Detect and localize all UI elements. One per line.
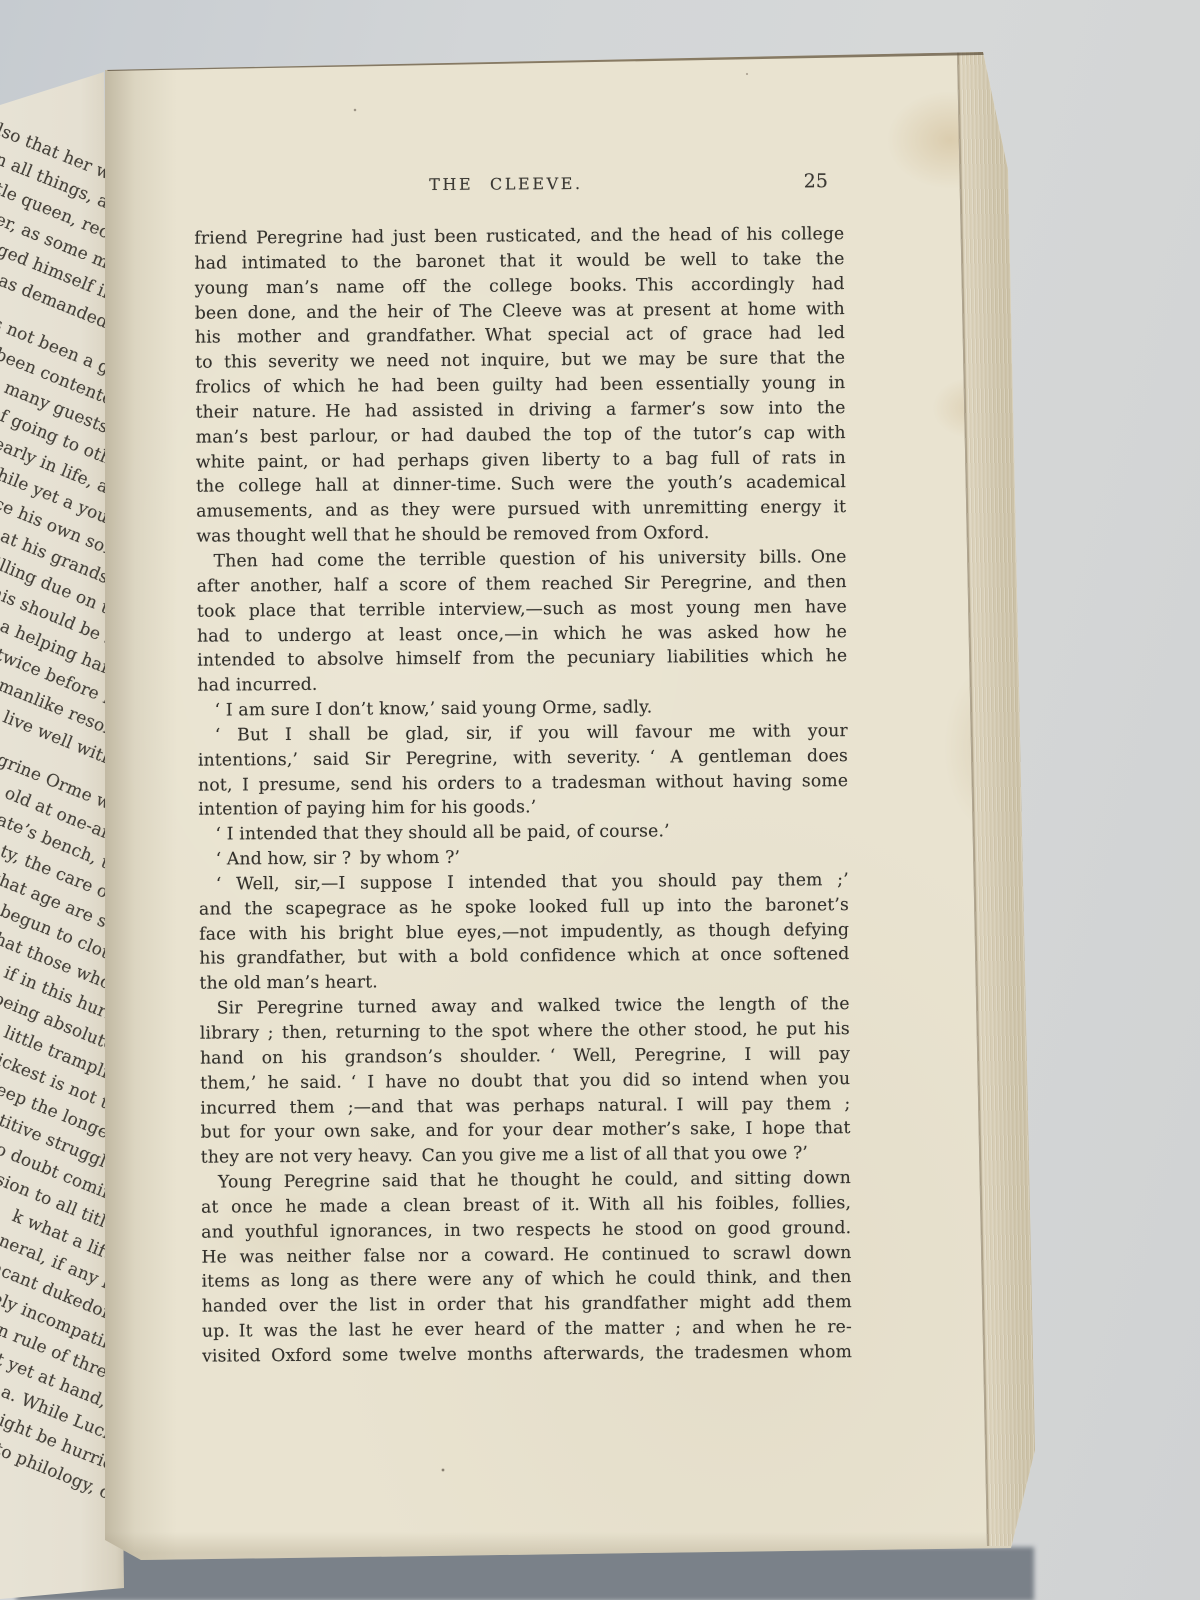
body-line: not, I presume, send his orders to a tra… <box>198 769 848 798</box>
page-content: THE CLEEVE. 25 friend Peregrine had just… <box>105 45 1052 1565</box>
running-title: THE CLEEVE. <box>194 172 818 195</box>
page-header: THE CLEEVE. 25 <box>194 172 844 207</box>
page-number: 25 <box>804 170 828 192</box>
body-line: young man’s name off the college books. … <box>195 272 845 301</box>
body-line: took place that terrible interview,—such… <box>197 595 847 624</box>
body-line: visited Oxford some twelve months afterw… <box>202 1340 852 1369</box>
body-line: amusements, and as they were pursued wit… <box>196 495 846 524</box>
book-page: THE CLEEVE. 25 friend Peregrine had just… <box>105 48 1041 1562</box>
photo-background: { "colors": { "background": "#d3d6d7", "… <box>0 0 1200 1600</box>
body-line: intended to absolve himself from the pec… <box>197 644 847 673</box>
body-text: friend Peregrine had just been rusticate… <box>194 222 852 1369</box>
body-line: his grandfather, but with a bold confide… <box>199 943 849 972</box>
